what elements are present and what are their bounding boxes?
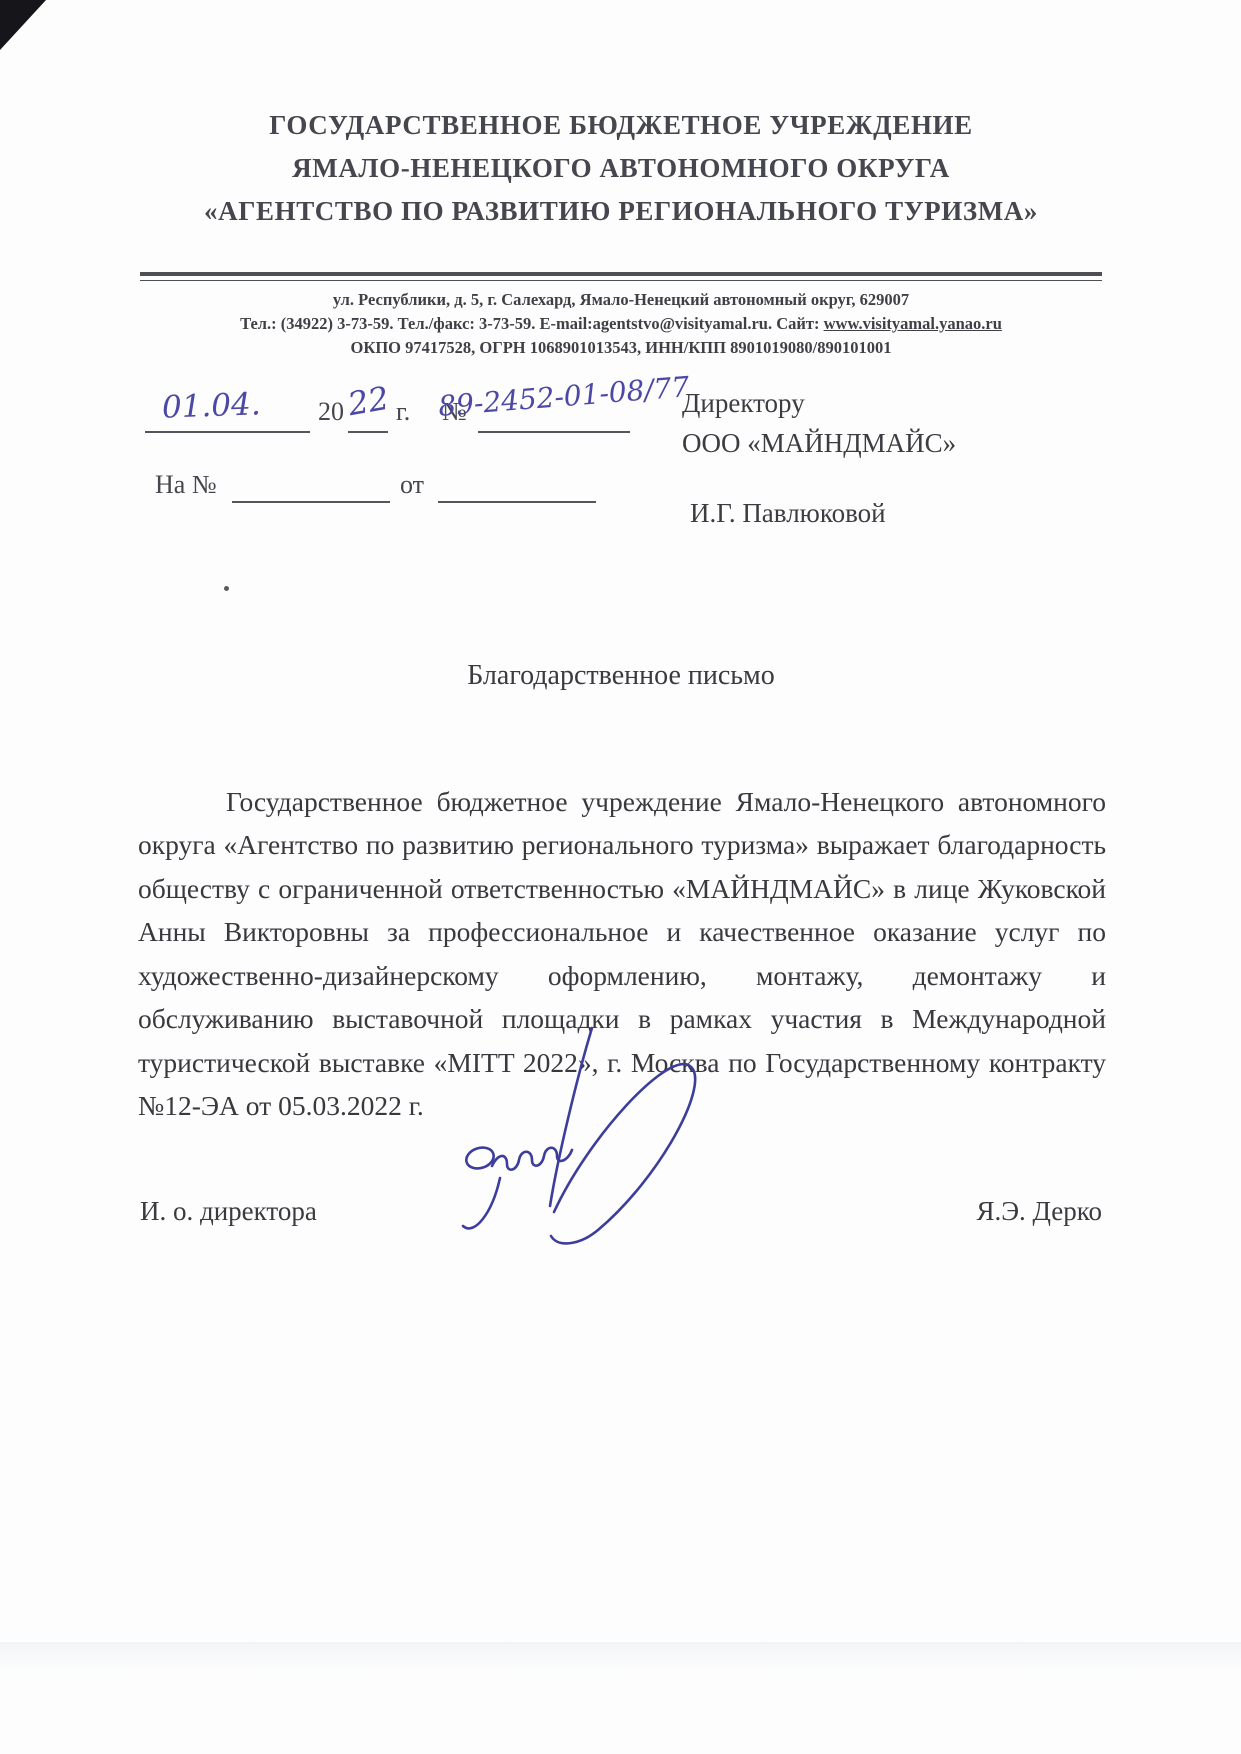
scan-stray-dot [224,586,229,591]
reply-from-label: от [400,470,424,500]
reply-number-underline [232,500,390,503]
year-suffix: г. [396,397,410,427]
letterhead-divider [140,272,1102,281]
document-title: Благодарственное письмо [140,660,1102,692]
letterhead-org-name: ГОСУДАРСТВЕННОЕ БЮДЖЕТНОЕ УЧРЕЖДЕНИЕ ЯМА… [140,104,1102,233]
recipient-company: ООО «МАЙНДМАЙС» [682,428,956,459]
scanned-letter-page: ГОСУДАРСТВЕННОЕ БЮДЖЕТНОЕ УЧРЕЖДЕНИЕ ЯМА… [0,0,1241,1754]
year-underline [348,430,388,433]
reply-prefix: На № [155,470,217,500]
handwritten-number: 89-2452-01-08/77 [437,370,690,423]
org-name-line-3: «АГЕНТСТВО ПО РАЗВИТИЮ РЕГИОНАЛЬНОГО ТУР… [140,190,1102,233]
website-link: www.visityamal.yanao.ru [824,314,1002,333]
org-name-line-2: ЯМАЛО-НЕНЕЦКОГО АВТОНОМНОГО ОКРУГА [140,147,1102,190]
contact-address: ул. Республики, д. 5, г. Салехард, Ямало… [140,288,1102,312]
handwritten-signature [438,1016,738,1266]
year-printed: 20 [318,397,344,427]
handwritten-year: 22 [345,379,392,423]
contact-registry-codes: ОКПО 97417528, ОГРН 1068901013543, ИНН/К… [140,336,1102,360]
recipient-person: И.Г. Павлюковой [690,498,886,529]
reply-date-underline [438,500,596,503]
contact-phone-email: Тел.: (34922) 3-73-59. Тел./факс: 3-73-5… [140,312,1102,336]
signer-position: И. о. директора [140,1196,317,1227]
handwritten-date: 01.04. [161,386,261,425]
recipient-position: Директору [682,388,805,419]
org-name-line-1: ГОСУДАРСТВЕННОЕ БЮДЖЕТНОЕ УЧРЕЖДЕНИЕ [140,104,1102,147]
scan-bottom-smudge [0,1642,1241,1672]
date-underline [145,430,310,433]
signer-name: Я.Э. Дерко [902,1196,1102,1227]
letterhead-contacts: ул. Республики, д. 5, г. Салехард, Ямало… [140,288,1102,360]
number-underline [478,430,630,433]
scan-corner-artifact [0,0,46,50]
